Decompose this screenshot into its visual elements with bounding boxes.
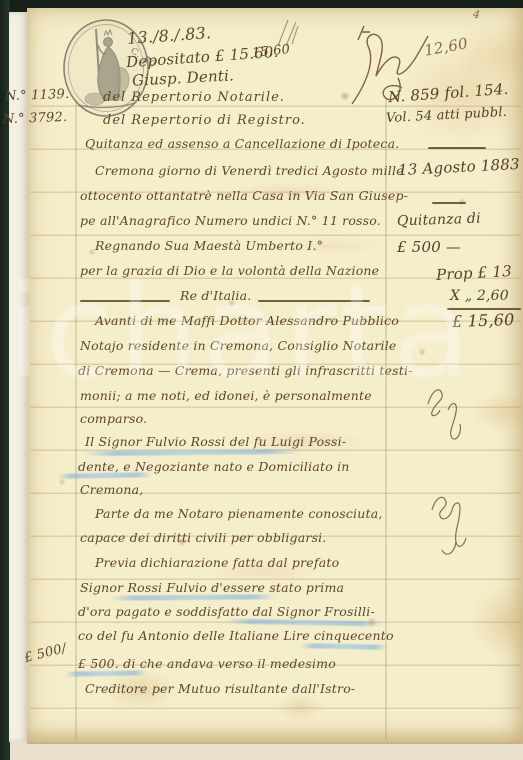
repertorio-notarile-label: del Repertorio Notarile.: [103, 90, 285, 105]
manuscript-line: Quitanza ed assenso a Cancellazione di I…: [85, 136, 399, 151]
manuscript-line: di Cremona — Crema, presenti gli infrasc…: [78, 363, 413, 378]
manuscript-line: co del fu Antonio delle Italiane Lire ci…: [78, 628, 394, 643]
manuscript-line: comparso.: [80, 411, 147, 426]
under-sheet-edge: [10, 742, 523, 760]
manuscript-line: pe all'Anagrafico Numero undici N.° 11 r…: [80, 213, 381, 228]
paraph-flourish: [424, 488, 468, 550]
repertorio-notarile-number: N.° 1139.: [5, 87, 70, 104]
margin-dash: [432, 202, 466, 204]
manuscript-line: Il Signor Fulvio Rossi del fu Luigi Poss…: [85, 434, 346, 449]
margin-dash: [428, 147, 486, 149]
tax-total: £ 15,60: [452, 310, 515, 331]
margin-initials-flourish: [418, 376, 464, 442]
manuscript-line: Avanti di me Maffi Dottor Alessandro Pub…: [95, 313, 399, 328]
manuscript-line: Previa dichiarazione fatta dal prefato: [95, 555, 339, 570]
manuscript-line: Cremona,: [80, 482, 143, 497]
manuscript-line: Regnando Sua Maestà Umberto I.°: [95, 238, 323, 253]
margin-subject: Quitanza di: [397, 211, 481, 230]
manuscript-line: Creditore per Mutuo risultante dall'Istr…: [85, 681, 355, 696]
manuscript-line: Re d'Italia.: [180, 288, 251, 303]
manuscript-line: Notajo residente in Cremona, Consiglio N…: [80, 338, 397, 353]
title-rule-right: [258, 300, 370, 302]
manuscript-line: Parte da me Notaro pienamente conosciuta…: [95, 506, 383, 521]
tax-additional: X „ 2,60: [450, 288, 509, 304]
repertorio-registro-number: N.° 3792.: [3, 110, 68, 127]
manuscript-line: per la grazia di Dio e la volontà della …: [80, 263, 379, 278]
manuscript-line: ottocento ottantatrè nella Casa in Via S…: [80, 188, 408, 203]
manuscript-line: Cremona giorno di Venerdì tredici Agosto…: [95, 163, 404, 178]
ink-stroke-mark: [272, 16, 302, 50]
margin-amount: £ 500 —: [397, 238, 461, 256]
manuscript-line: £ 500. di che andava verso il medesimo: [78, 656, 336, 671]
repertorio-registro-label: del Repertorio di Registro.: [103, 113, 306, 128]
manuscript-line: d'ora pagato e soddisfatto dal Signor Fr…: [78, 604, 375, 619]
manuscript-line: Signor Rossi Fulvio d'essere stato prima: [80, 580, 344, 595]
left-margin-rule: [75, 100, 77, 740]
title-rule-left: [80, 300, 170, 302]
manuscript-line: monii; a me noti, ed idonei, è personalm…: [80, 388, 372, 403]
manuscript-line: capace dei diritti civili per obbligarsi…: [80, 530, 327, 545]
scanned-manuscript: C. 50 13./8./.83. Depositato £ 15.60. 15…: [0, 0, 523, 760]
